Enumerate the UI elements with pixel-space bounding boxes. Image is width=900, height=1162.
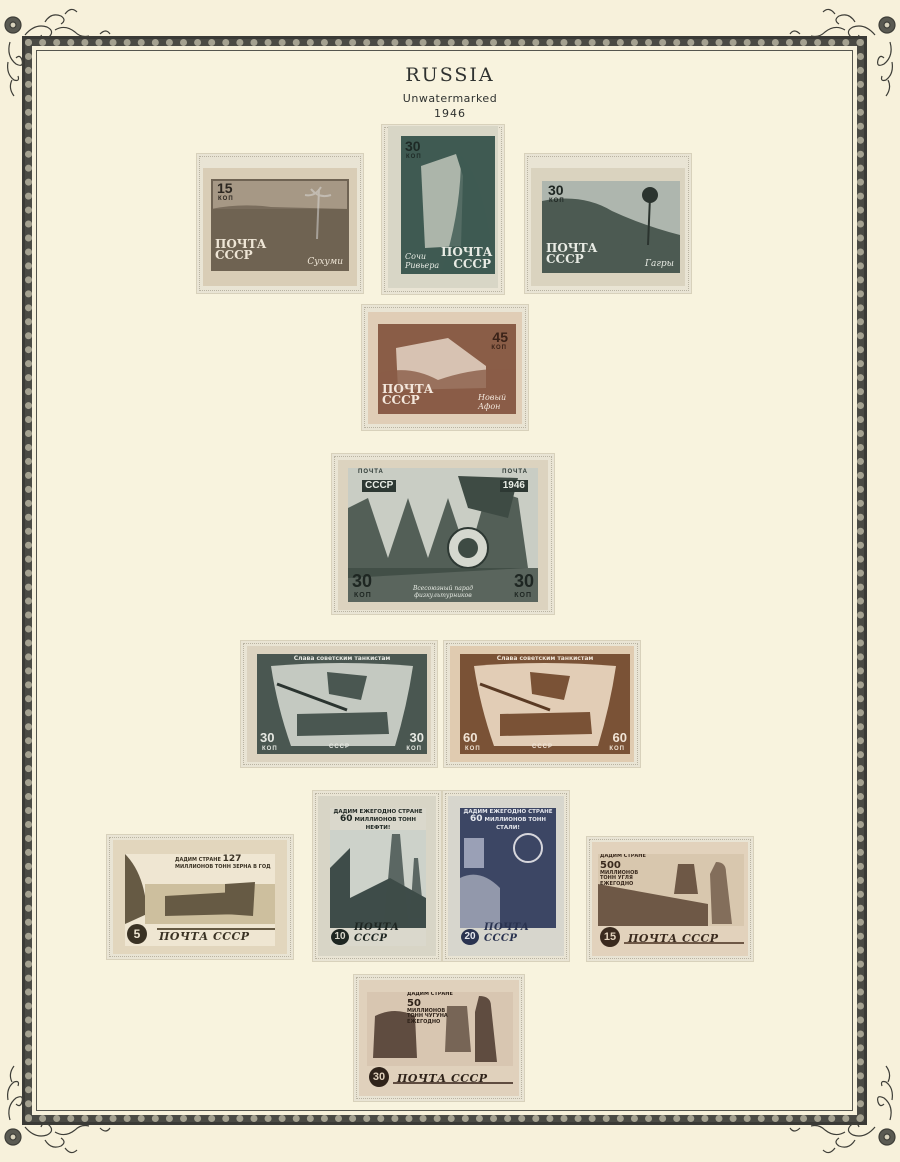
postal-inscription: ПОЧТА СССР (628, 932, 719, 945)
stamp-gagry[interactable]: 30 КОП ПОЧТА СССР Гагры (531, 168, 685, 286)
country-banner: СССР (362, 480, 396, 492)
currency-unit: КОП (406, 154, 422, 160)
currency-unit: КОП (406, 746, 422, 752)
stamp-design: 45 КОП ПОЧТА СССР Новый Афон (378, 324, 516, 414)
country-label: СССР (329, 744, 350, 750)
postal-label: ПОЧТА (502, 469, 528, 475)
stamp-sochi[interactable]: 30 КОП ПОЧТА СССР Сочи Ривьера (388, 126, 498, 288)
stamp-sports-parade[interactable]: ПОЧТА ПОЧТА СССР 1946 30 КОП 30 КОП Всес… (338, 460, 548, 610)
place-name: Сочи Ривьера (405, 252, 441, 270)
postal-label: ПОЧТА (358, 469, 384, 475)
postal-inscription: ПОЧТА СССР (215, 239, 265, 262)
banner-text: Слава советским танкистам (480, 656, 610, 663)
postal-inscription: ПОЧТА СССР (397, 1072, 488, 1085)
stamp-design: ДАДИМ СТРАНЕ 127 МИЛЛИОНОВ ТОНН ЗЕРНА В … (125, 854, 275, 946)
postal-inscription: ПОЧТА СССР (354, 922, 426, 944)
slogan: ДАДИМ ЕЖЕГОДНО СТРАНЕ60 МИЛЛИОНОВ ТОНН С… (462, 809, 554, 831)
postal-inscription: ПОЧТА СССР (159, 930, 250, 943)
denomination: 30 (410, 731, 424, 744)
stamp-design: ДАДИМ ЕЖЕГОДНО СТРАНЕ60 МИЛЛИОНОВ ТОНН Н… (330, 808, 426, 946)
currency-unit: КОП (262, 746, 278, 752)
postal-inscription: ПОЧТА СССР (546, 243, 596, 266)
denomination: 30 (548, 183, 564, 197)
denomination: 30 (352, 572, 372, 590)
currency-unit: КОП (609, 746, 625, 752)
stamp-design: ПОЧТА ПОЧТА СССР 1946 30 КОП 30 КОП Всес… (348, 468, 538, 602)
banner-text: Слава советским танкистам (277, 656, 407, 663)
caption: Всесоюзный парад физкультурников (393, 585, 493, 599)
stamp-iron[interactable]: ДАДИМ СТРАНЕ50 МИЛЛИОНОВ ТОНН ЧУГУНА ЕЖЕ… (359, 980, 519, 1096)
album-page: RUSSIA Unwatermarked 1946 15 КОП ПОЧТА С… (0, 0, 900, 1162)
country-label: СССР (532, 744, 553, 750)
stamp-grain[interactable]: ДАДИМ СТРАНЕ 127 МИЛЛИОНОВ ТОНН ЗЕРНА В … (113, 840, 287, 954)
denomination: 20 (461, 929, 479, 945)
stamp-design: Слава советским танкистам 30 КОП 30 КОП … (257, 654, 427, 754)
stamp-sukhumi[interactable]: 15 КОП ПОЧТА СССР Сухуми (203, 168, 357, 286)
postal-inscription: ПОЧТА СССР (484, 922, 556, 944)
stamp-tankmen-30[interactable]: Слава советским танкистам 30 КОП 30 КОП … (247, 646, 431, 762)
postal-inscription: ПОЧТА СССР (382, 384, 432, 407)
currency-unit: КОП (491, 345, 507, 351)
stamp-tankmen-60[interactable]: Слава советским танкистам 60 КОП 60 КОП … (450, 646, 634, 762)
denomination: 15 (217, 181, 233, 195)
stamp-design: ДАДИМ СТРАНЕ50 МИЛЛИОНОВ ТОНН ЧУГУНА ЕЖЕ… (367, 992, 513, 1088)
currency-unit: КОП (549, 198, 565, 204)
stamp-oil[interactable]: ДАДИМ ЕЖЕГОДНО СТРАНЕ60 МИЛЛИОНОВ ТОНН Н… (318, 796, 436, 956)
slogan: ДАДИМ СТРАНЕ50 МИЛЛИОНОВ ТОНН ЧУГУНА ЕЖЕ… (407, 992, 455, 1025)
denomination: 60 (613, 731, 627, 744)
page-subtitle: Unwatermarked (0, 92, 900, 105)
corner-ornament-icon (780, 1052, 900, 1162)
postal-inscription: ПОЧТА СССР (441, 247, 491, 270)
denomination: 45 (492, 330, 508, 344)
page-year: 1946 (0, 107, 900, 120)
slogan: ДАДИМ СТРАНЕ500 МИЛЛИОНОВ ТОНН УГЛЯ ЕЖЕГ… (600, 854, 654, 887)
slogan: ДАДИМ ЕЖЕГОДНО СТРАНЕ60 МИЛЛИОНОВ ТОНН Н… (332, 809, 424, 831)
year-banner: 1946 (500, 480, 528, 492)
denomination: 30 (514, 572, 534, 590)
stamp-design: 30 КОП ПОЧТА СССР Сочи Ривьера (401, 136, 495, 274)
place-name: Сухуми (307, 257, 343, 267)
currency-unit: КОП (465, 746, 481, 752)
denomination: 15 (600, 927, 620, 947)
denomination: 10 (331, 929, 349, 945)
stamp-design: 15 КОП ПОЧТА СССР Сухуми (211, 179, 349, 271)
denomination: 60 (463, 731, 477, 744)
stamp-design: Слава советским танкистам 60 КОП 60 КОП … (460, 654, 630, 754)
denomination: 5 (127, 924, 147, 944)
page-title: RUSSIA (0, 64, 900, 86)
stamp-coal[interactable]: ДАДИМ СТРАНЕ500 МИЛЛИОНОВ ТОНН УГЛЯ ЕЖЕГ… (592, 842, 748, 956)
stamp-novy-afon[interactable]: 45 КОП ПОЧТА СССР Новый Афон (368, 312, 522, 424)
stamp-design: ДАДИМ СТРАНЕ500 МИЛЛИОНОВ ТОНН УГЛЯ ЕЖЕГ… (598, 854, 744, 948)
slogan: ДАДИМ СТРАНЕ 127 МИЛЛИОНОВ ТОНН ЗЕРНА В … (175, 855, 271, 870)
place-name: Новый Афон (478, 393, 510, 411)
currency-unit: КОП (218, 196, 234, 202)
currency-unit: КОП (514, 592, 532, 599)
place-name: Гагры (645, 259, 674, 269)
stamp-design: ДАДИМ ЕЖЕГОДНО СТРАНЕ60 МИЛЛИОНОВ ТОНН С… (460, 808, 556, 946)
stamp-design: 30 КОП ПОЧТА СССР Гагры (542, 181, 680, 273)
denomination: 30 (260, 731, 274, 744)
denomination: 30 (405, 139, 421, 153)
stamp-steel[interactable]: ДАДИМ ЕЖЕГОДНО СТРАНЕ60 МИЛЛИОНОВ ТОНН С… (448, 796, 564, 956)
denomination: 30 (369, 1067, 389, 1087)
corner-ornament-icon (0, 1052, 120, 1162)
currency-unit: КОП (354, 592, 372, 599)
